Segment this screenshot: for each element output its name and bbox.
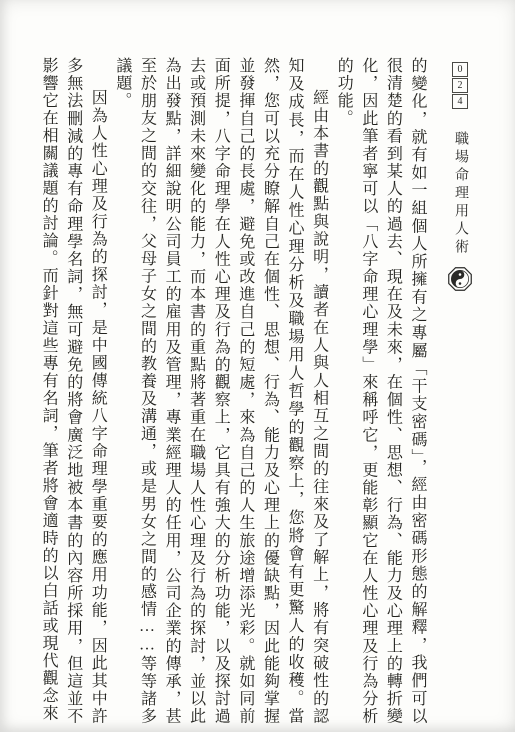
paragraph: 經由本書的觀點與說明，讀者在人與人相互之間的往來及了解上，將有突破性的認知及成長… — [109, 57, 330, 725]
page-number: 0 2 4 — [452, 62, 468, 109]
book-title: 職場命理用人術 — [450, 131, 470, 257]
paragraph: 因為人性心理及行為的探討，是中國傳統八字命理學重要的應用功能，因此其中許多無法刪… — [36, 57, 110, 725]
page-number-digit-box: 2 — [452, 78, 468, 93]
book-page: 0 2 4 職場命理用人術 的變化，就有如一組個人所擁有之專屬「干支密碼」，經由… — [0, 0, 515, 732]
running-head: 0 2 4 職場命理用人術 — [445, 62, 475, 291]
yinyang-octagon-icon — [448, 267, 472, 291]
body-text: 的變化，就有如一組個人所擁有之專屬「干支密碼」，經由密碼形態的解釋，我們可以很清… — [57, 57, 429, 725]
page-number-digit-box: 0 — [452, 62, 468, 77]
paragraph: 的變化，就有如一組個人所擁有之專屬「干支密碼」，經由密碼形態的解釋，我們可以很清… — [331, 57, 429, 725]
page-number-digit-box: 4 — [452, 94, 468, 109]
